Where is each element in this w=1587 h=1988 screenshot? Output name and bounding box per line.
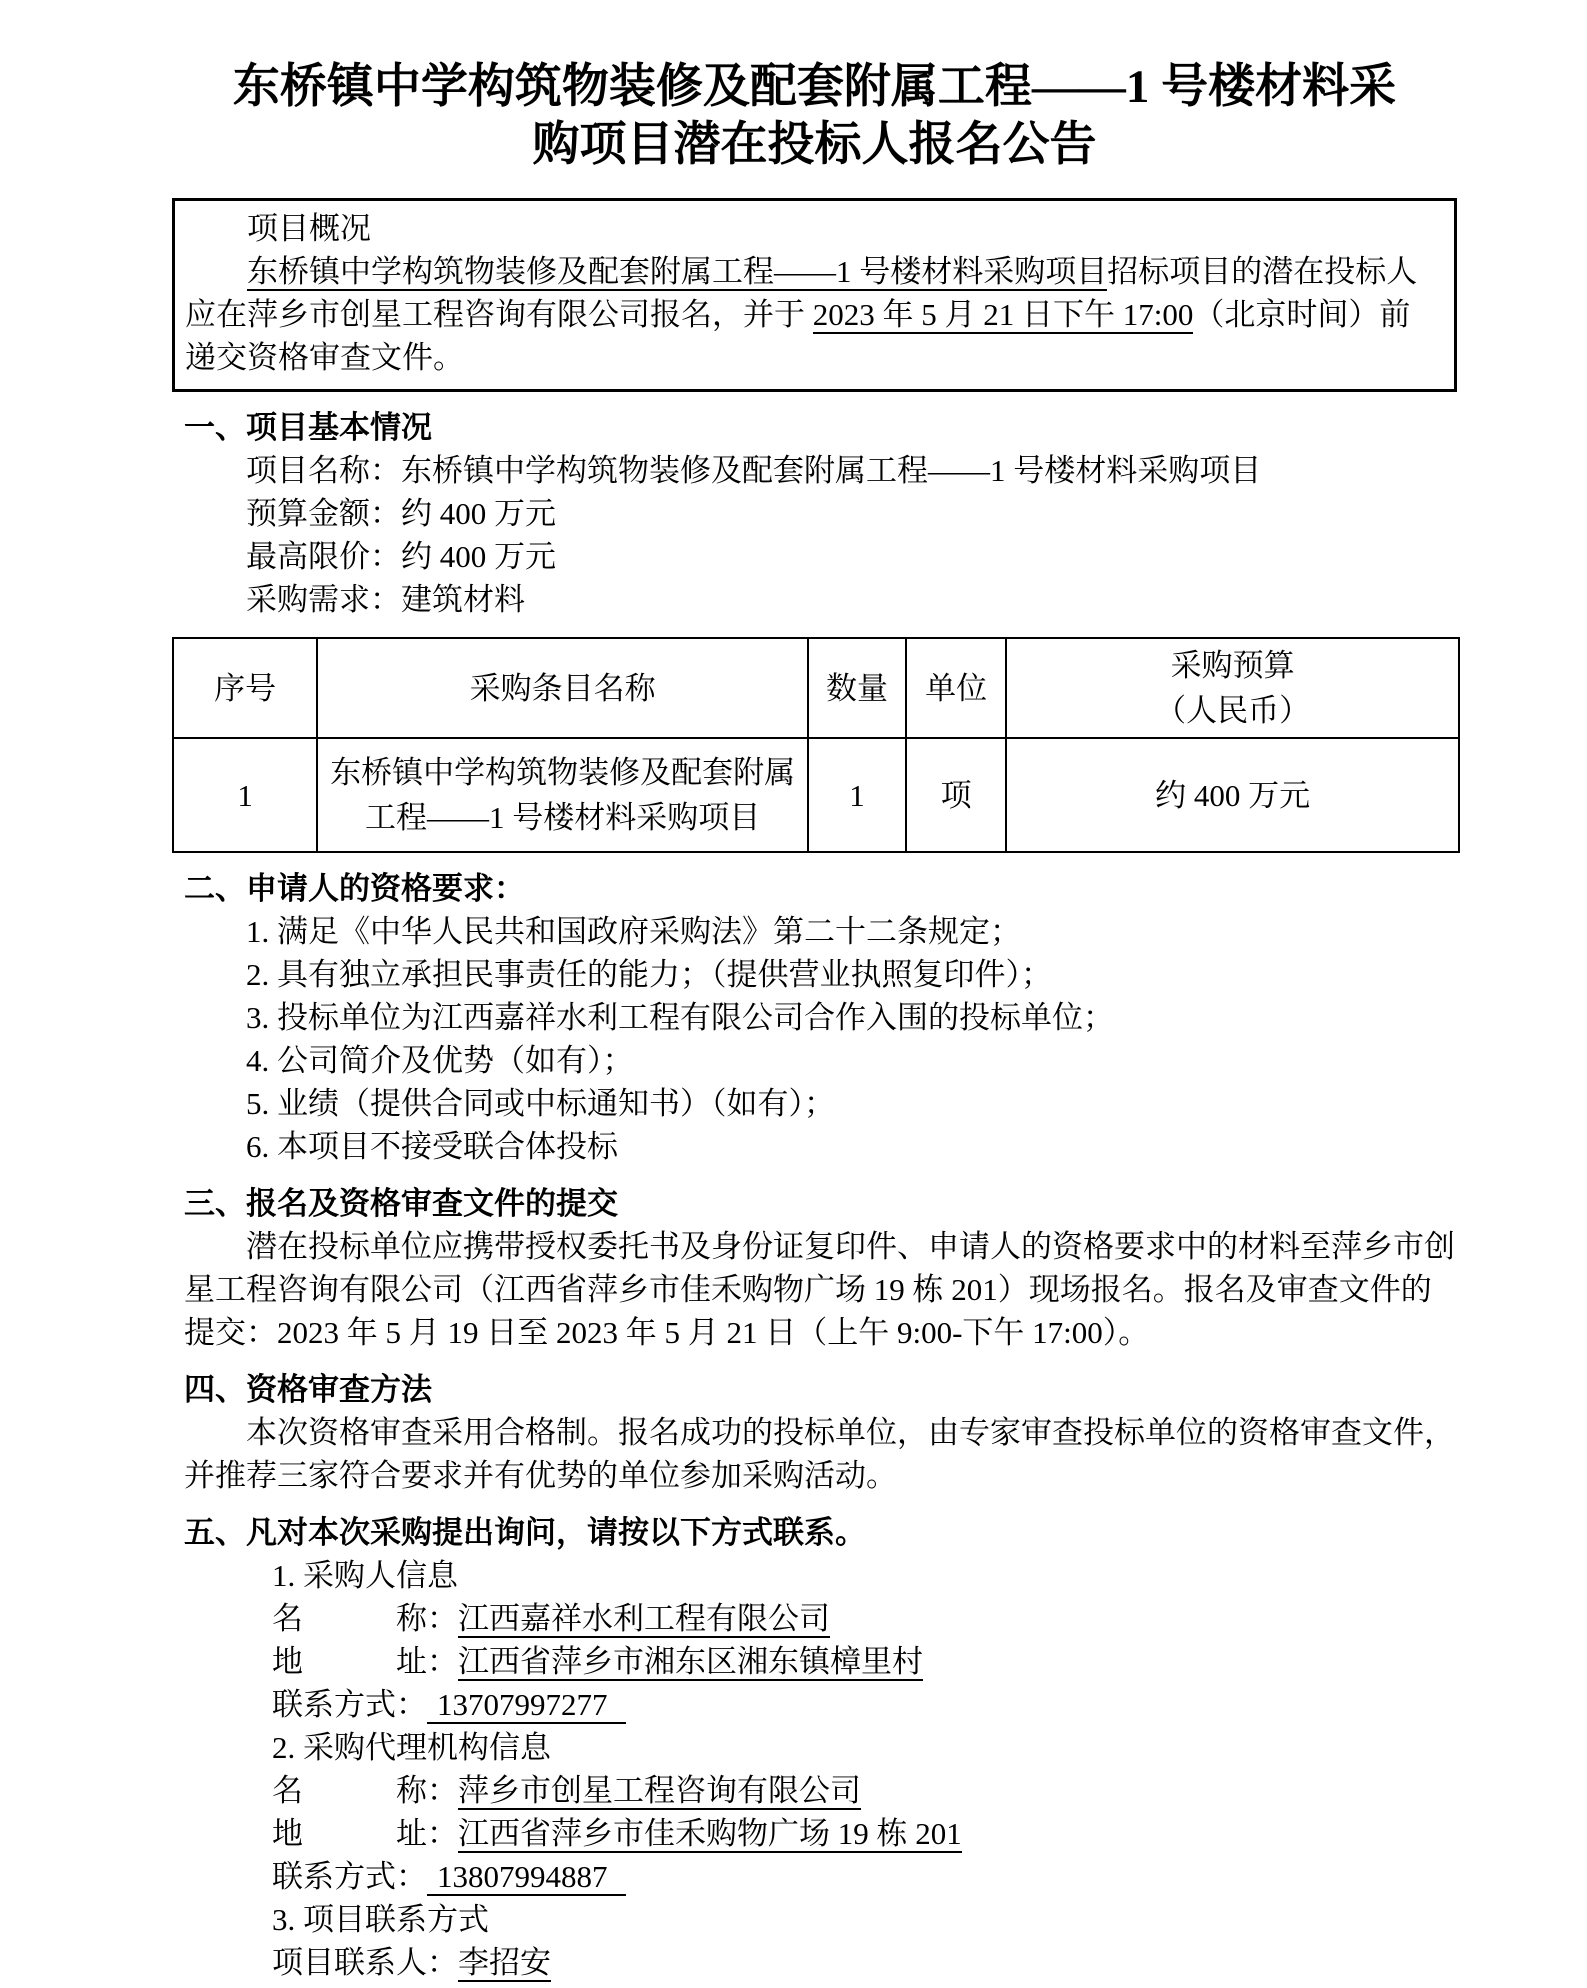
header-item-name: 采购条目名称 xyxy=(317,638,808,738)
table-header-row: 序号 采购条目名称 数量 单位 采购预算 （人民币） xyxy=(173,638,1459,738)
field-value: 东桥镇中学构筑物装修及配套附属工程——1 号楼材料采购项目 xyxy=(401,453,1261,488)
agency-info-subheading: 2. 采购代理机构信息 xyxy=(272,1726,1457,1769)
project-contact-subheading: 3. 项目联系方式 xyxy=(272,1898,1457,1941)
field-value: 建筑材料 xyxy=(401,582,525,617)
cell-no: 1 xyxy=(173,738,317,852)
header-unit: 单位 xyxy=(906,638,1006,738)
field-value: 约 400 万元 xyxy=(401,539,556,574)
buyer-phone-value: 13707997277 xyxy=(427,1687,626,1724)
agency-name-label: 名 称： xyxy=(272,1773,458,1808)
field-label: 最高限价： xyxy=(246,539,401,574)
header-budget: 采购预算 （人民币） xyxy=(1006,638,1459,738)
requirement-item: 1. 满足《中华人民共和国政府采购法》第二十二条规定； xyxy=(184,910,1457,953)
buyer-phone-label: 联系方式： xyxy=(272,1687,427,1722)
project-contact-value: 李招安 xyxy=(458,1945,551,1982)
section-3-paragraph: 潜在投标单位应携带授权委托书及身份证复印件、申请人的资格要求中的材料至萍乡市创星… xyxy=(184,1225,1457,1354)
agency-address-line: 地 址：江西省萍乡市佳禾购物广场 19 栋 201 xyxy=(272,1812,1457,1855)
page-title: 东桥镇中学构筑物装修及配套附属工程——1 号楼材料采购项目潜在投标人报名公告 xyxy=(215,58,1415,174)
project-overview-box: 项目概况 东桥镇中学构筑物装修及配套附属工程——1 号楼材料采购项目招标项目的潜… xyxy=(172,198,1457,392)
requirement-item: 2. 具有独立承担民事责任的能力；（提供营业执照复印件）； xyxy=(184,953,1457,996)
document-page: 东桥镇中学构筑物装修及配套附属工程——1 号楼材料采购项目潜在投标人报名公告 项… xyxy=(0,0,1587,1988)
cell-unit: 项 xyxy=(906,738,1006,852)
cell-qty: 1 xyxy=(808,738,906,852)
buyer-phone-line: 联系方式：13707997277 xyxy=(272,1683,1457,1726)
buyer-address-value: 江西省萍乡市湘东区湘东镇樟里村 xyxy=(458,1644,923,1681)
agency-name-value: 萍乡市创星工程咨询有限公司 xyxy=(458,1773,861,1810)
agency-name-line: 名 称：萍乡市创星工程咨询有限公司 xyxy=(272,1769,1457,1812)
buyer-address-label: 地 址： xyxy=(272,1644,458,1679)
buyer-name-label: 名 称： xyxy=(272,1601,458,1636)
section-4-paragraph: 本次资格审查采用合格制。报名成功的投标单位，由专家审查投标单位的资格审查文件，并… xyxy=(184,1411,1457,1497)
procurement-items-table: 序号 采购条目名称 数量 单位 采购预算 （人民币） 1 东桥镇中学构筑物装修及… xyxy=(172,637,1460,853)
cell-item-name: 东桥镇中学构筑物装修及配套附属工程——1 号楼材料采购项目 xyxy=(317,738,808,852)
header-no: 序号 xyxy=(173,638,317,738)
field-label: 采购需求： xyxy=(246,582,401,617)
field-max-price: 最高限价：约 400 万元 xyxy=(184,535,1457,578)
requirement-item: 6. 本项目不接受联合体投标 xyxy=(184,1125,1457,1168)
field-procurement-need: 采购需求：建筑材料 xyxy=(184,578,1457,621)
field-label: 项目名称： xyxy=(246,453,401,488)
cell-budget: 约 400 万元 xyxy=(1006,738,1459,852)
field-label: 预算金额： xyxy=(246,496,401,531)
overview-project-name: 东桥镇中学构筑物装修及配套附属工程——1 号楼材料采购项目 xyxy=(247,254,1107,291)
table-row: 1 东桥镇中学构筑物装修及配套附属工程——1 号楼材料采购项目 1 项 约 40… xyxy=(173,738,1459,852)
field-budget-amount: 预算金额：约 400 万元 xyxy=(184,492,1457,535)
agency-address-value: 江西省萍乡市佳禾购物广场 19 栋 201 xyxy=(458,1816,962,1853)
section-1-heading: 一、项目基本情况 xyxy=(184,406,1457,449)
agency-phone-label: 联系方式： xyxy=(272,1859,427,1894)
overview-paragraph: 东桥镇中学构筑物装修及配套附属工程——1 号楼材料采购项目招标项目的潜在投标人应… xyxy=(185,250,1438,379)
requirement-item: 4. 公司简介及优势（如有）； xyxy=(184,1039,1457,1082)
field-project-name: 项目名称：东桥镇中学构筑物装修及配套附属工程——1 号楼材料采购项目 xyxy=(184,449,1457,492)
section-3-heading: 三、报名及资格审查文件的提交 xyxy=(184,1182,1457,1225)
buyer-name-value: 江西嘉祥水利工程有限公司 xyxy=(458,1601,830,1638)
requirement-item: 3. 投标单位为江西嘉祥水利工程有限公司合作入围的投标单位； xyxy=(184,996,1457,1039)
agency-address-label: 地 址： xyxy=(272,1816,458,1851)
agency-phone-value: 13807994887 xyxy=(427,1859,626,1896)
overview-heading: 项目概况 xyxy=(185,207,1438,250)
header-qty: 数量 xyxy=(808,638,906,738)
overview-deadline: 2023 年 5 月 21 日下午 17:00 xyxy=(813,297,1194,334)
buyer-name-line: 名 称：江西嘉祥水利工程有限公司 xyxy=(272,1597,1457,1640)
buyer-info-subheading: 1. 采购人信息 xyxy=(272,1554,1457,1597)
requirement-item: 5. 业绩（提供合同或中标通知书）（如有）； xyxy=(184,1082,1457,1125)
section-4-heading: 四、资格审查方法 xyxy=(184,1368,1457,1411)
project-contact-label: 项目联系人： xyxy=(272,1945,458,1980)
field-value: 约 400 万元 xyxy=(401,496,556,531)
section-5-heading: 五、凡对本次采购提出询问，请按以下方式联系。 xyxy=(184,1511,1457,1554)
agency-phone-line: 联系方式：13807994887 xyxy=(272,1855,1457,1898)
section-2-heading: 二、申请人的资格要求： xyxy=(184,867,1457,910)
project-contact-line: 项目联系人：李招安 xyxy=(272,1941,1457,1984)
buyer-address-line: 地 址：江西省萍乡市湘东区湘东镇樟里村 xyxy=(272,1640,1457,1683)
